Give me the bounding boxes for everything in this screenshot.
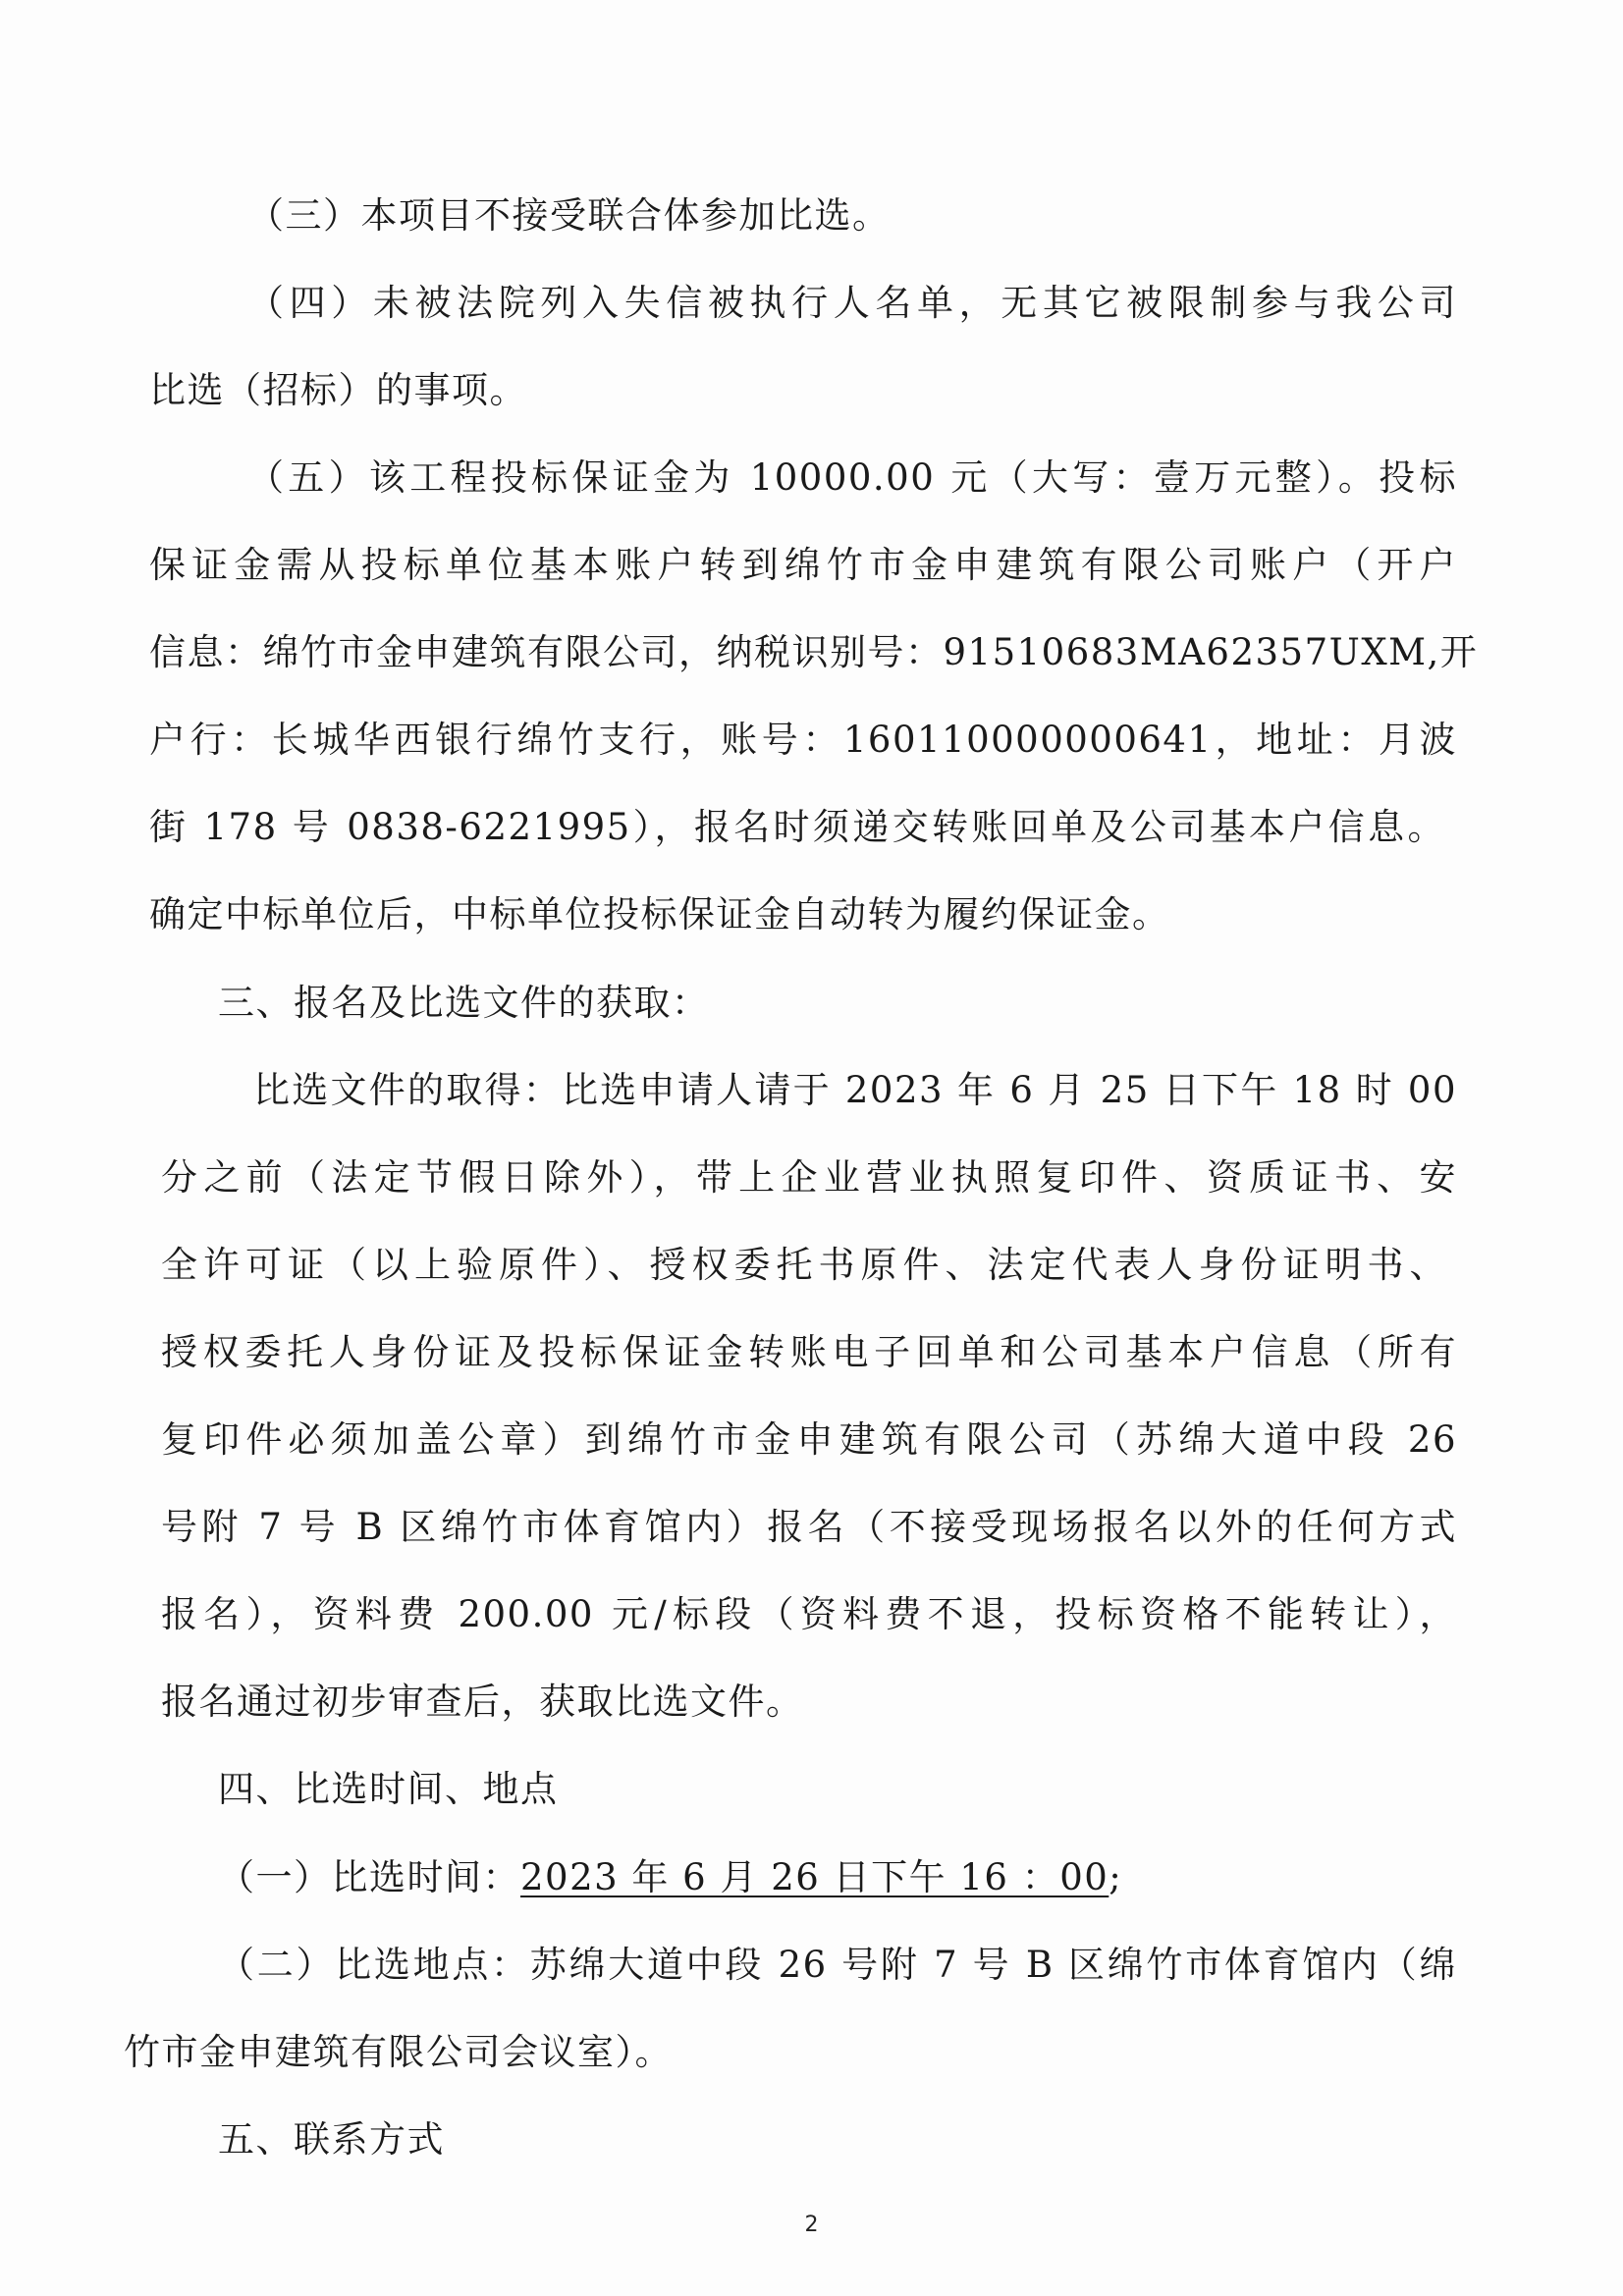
paragraph-docs-line-2: 分之前（法定节假日除外），带上企业营业执照复印件、资质证书、安 — [161, 1156, 1457, 1200]
paragraph-bid-bond-line-1: （五）该工程投标保证金为 10000.00 元（大写：壹万元整）。投标 — [247, 456, 1457, 500]
section-heading-contact: 五、联系方式 — [218, 2118, 445, 2162]
paragraph-docs-line-7: 报名），资料费 200.00 元/标段（资料费不退，投标资格不能转让）， — [161, 1593, 1457, 1636]
paragraph-bid-bond-line-3: 信息：绵竹市金申建筑有限公司，纳税识别号：91510683MA62357UXM,… — [149, 631, 1457, 674]
page-number: 2 — [0, 2213, 1623, 2237]
paragraph-docs-line-8: 报名通过初步审查后，获取比选文件。 — [161, 1681, 804, 1724]
paragraph-docs-line-3: 全许可证（以上验原件）、授权委托书原件、法定代表人身份证明书、 — [161, 1244, 1447, 1287]
paragraph-bid-bond-line-6: 确定中标单位后，中标单位投标保证金自动转为履约保证金。 — [149, 893, 1170, 936]
paragraph-docs-line-4: 授权委托人身份证及投标保证金转账电子回单和公司基本户信息（所有 — [161, 1331, 1457, 1374]
paragraph-bid-bond-line-2: 保证金需从投标单位基本账户转到绵竹市金申建筑有限公司账户（开户 — [149, 544, 1457, 587]
paragraph-not-dishonest-line-1: （四）未被法院列入失信被执行人名单，无其它被限制参与我公司 — [247, 282, 1457, 325]
paragraph-not-dishonest-line-2: 比选（招标）的事项。 — [149, 369, 527, 412]
paragraph-docs-line-1: 比选文件的取得：比选申请人请于 2023 年 6 月 25 日下午 18 时 0… — [253, 1069, 1457, 1112]
paragraph-docs-line-5: 复印件必须加盖公章）到绵竹市金申建筑有限公司（苏绵大道中段 26 — [161, 1418, 1457, 1462]
paragraph-docs-line-6: 号附 7 号 B 区绵竹市体育馆内）报名（不接受现场报名以外的任何方式 — [161, 1506, 1457, 1549]
paragraph-bid-bond-line-4: 户行：长城华西银行绵竹支行，账号：160110000000641，地址：月波 — [149, 719, 1457, 762]
selection-time-label: （一）比选时间： — [218, 1856, 520, 1898]
section-heading-registration: 三、报名及比选文件的获取： — [218, 982, 710, 1025]
document-page: （三）本项目不接受联合体参加比选。 （四）未被法院列入失信被执行人名单，无其它被… — [0, 0, 1623, 2296]
paragraph-selection-place-line-1: （二）比选地点：苏绵大道中段 26 号附 7 号 B 区绵竹市体育馆内（绵 — [218, 1944, 1457, 1987]
paragraph-selection-time: （一）比选时间：2023 年 6 月 26 日下午 16 ：00; — [218, 1856, 1122, 1899]
selection-time-value: 2023 年 6 月 26 日下午 16 ：00 — [520, 1856, 1109, 1898]
selection-time-suffix: ; — [1109, 1856, 1122, 1898]
section-heading-time-place: 四、比选时间、地点 — [218, 1768, 559, 1811]
paragraph-no-consortium: （三）本项目不接受联合体参加比选。 — [247, 194, 891, 238]
paragraph-bid-bond-line-5: 街 178 号 0838-6221995），报名时须递交转账回单及公司基本户信息… — [149, 806, 1445, 849]
paragraph-selection-place-line-2: 竹市金申建筑有限公司会议室）。 — [124, 2031, 673, 2074]
